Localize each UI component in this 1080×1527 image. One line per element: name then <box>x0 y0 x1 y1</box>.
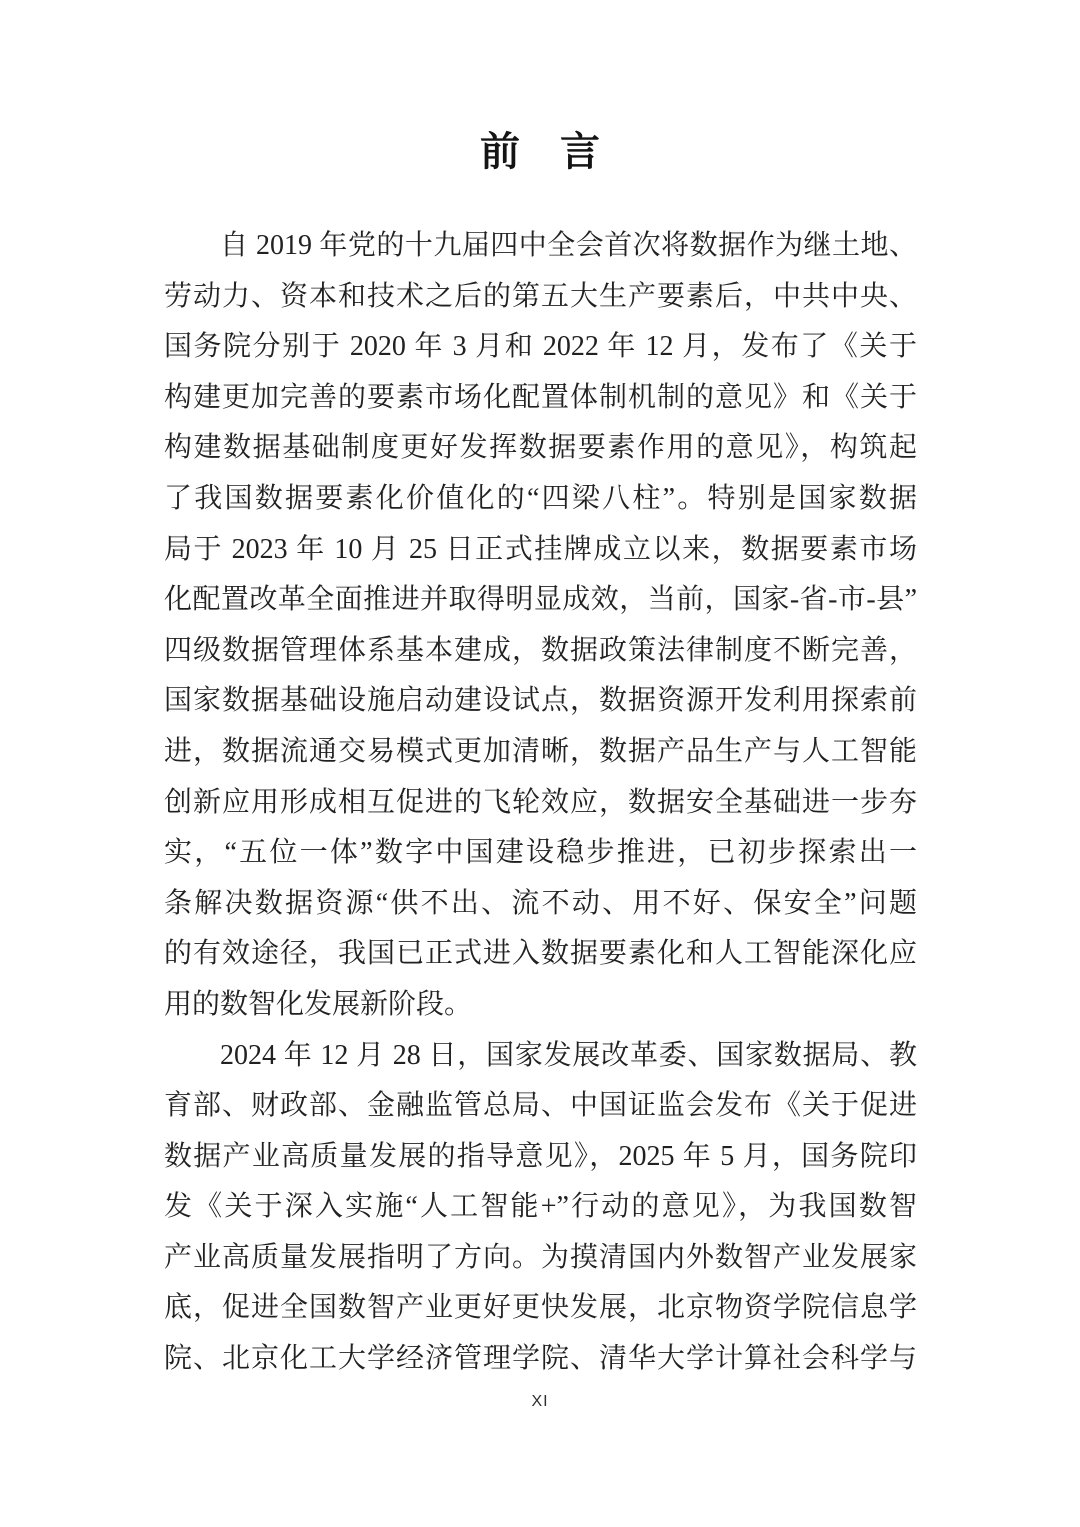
text-line: 构建数据基础制度更好发挥数据要素作用的意见》，构筑起 <box>164 423 917 474</box>
text-line: 用的数智化发展新阶段。 <box>164 980 917 1031</box>
text-line: 2024 年 12 月 28 日，国家发展改革委、国家数据局、教 <box>164 1031 917 1082</box>
text-line: 发《关于深入实施“人工智能+”行动的意见》，为我国数智 <box>164 1182 917 1233</box>
text-line: 条解决数据资源“供不出、流不动、用不好、保安全”问题 <box>164 879 917 930</box>
text-line: 国家数据基础设施启动建设试点，数据资源开发利用探索前 <box>164 676 917 727</box>
text-line: 底，促进全国数智产业更好更快发展，北京物资学院信息学 <box>164 1283 917 1334</box>
text-line: 创新应用形成相互促进的飞轮效应，数据安全基础进一步夯 <box>164 778 917 829</box>
text-line: 化配置改革全面推进并取得明显成效，当前，国家-省-市-县” <box>164 575 917 626</box>
page-title: 前 言 <box>0 128 1080 176</box>
text-line: 的有效途径，我国已正式进入数据要素化和人工智能深化应 <box>164 929 917 980</box>
text-line: 院、北京化工大学经济管理学院、清华大学计算社会科学与 <box>164 1334 917 1385</box>
text-line: 四级数据管理体系基本建成，数据政策法律制度不断完善， <box>164 626 917 677</box>
text-line: 局于 2023 年 10 月 25 日正式挂牌成立以来，数据要素市场 <box>164 525 917 576</box>
text-line: 劳动力、资本和技术之后的第五大生产要素后，中共中央、 <box>164 272 917 323</box>
text-line: 产业高质量发展指明了方向。为摸清国内外数智产业发展家 <box>164 1233 917 1284</box>
text-line: 数据产业高质量发展的指导意见》，2025 年 5 月，国务院印 <box>164 1132 917 1183</box>
document-page: 前 言 自 2019 年党的十九届四中全会首次将数据作为继土地、劳动力、资本和技… <box>0 0 1080 1527</box>
text-line: 进，数据流通交易模式更加清晰，数据产品生产与人工智能 <box>164 727 917 778</box>
body-text: 自 2019 年党的十九届四中全会首次将数据作为继土地、劳动力、资本和技术之后的… <box>164 221 917 1385</box>
page-number: XI <box>0 1393 1080 1411</box>
text-line: 自 2019 年党的十九届四中全会首次将数据作为继土地、 <box>164 221 917 272</box>
text-line: 育部、财政部、金融监管总局、中国证监会发布《关于促进 <box>164 1081 917 1132</box>
text-line: 实，“五位一体”数字中国建设稳步推进，已初步探索出一 <box>164 828 917 879</box>
text-line: 构建更加完善的要素市场化配置体制机制的意见》和《关于 <box>164 373 917 424</box>
text-line: 国务院分别于 2020 年 3 月和 2022 年 12 月，发布了《关于 <box>164 322 917 373</box>
text-line: 了我国数据要素化价值化的“四梁八柱”。特别是国家数据 <box>164 474 917 525</box>
